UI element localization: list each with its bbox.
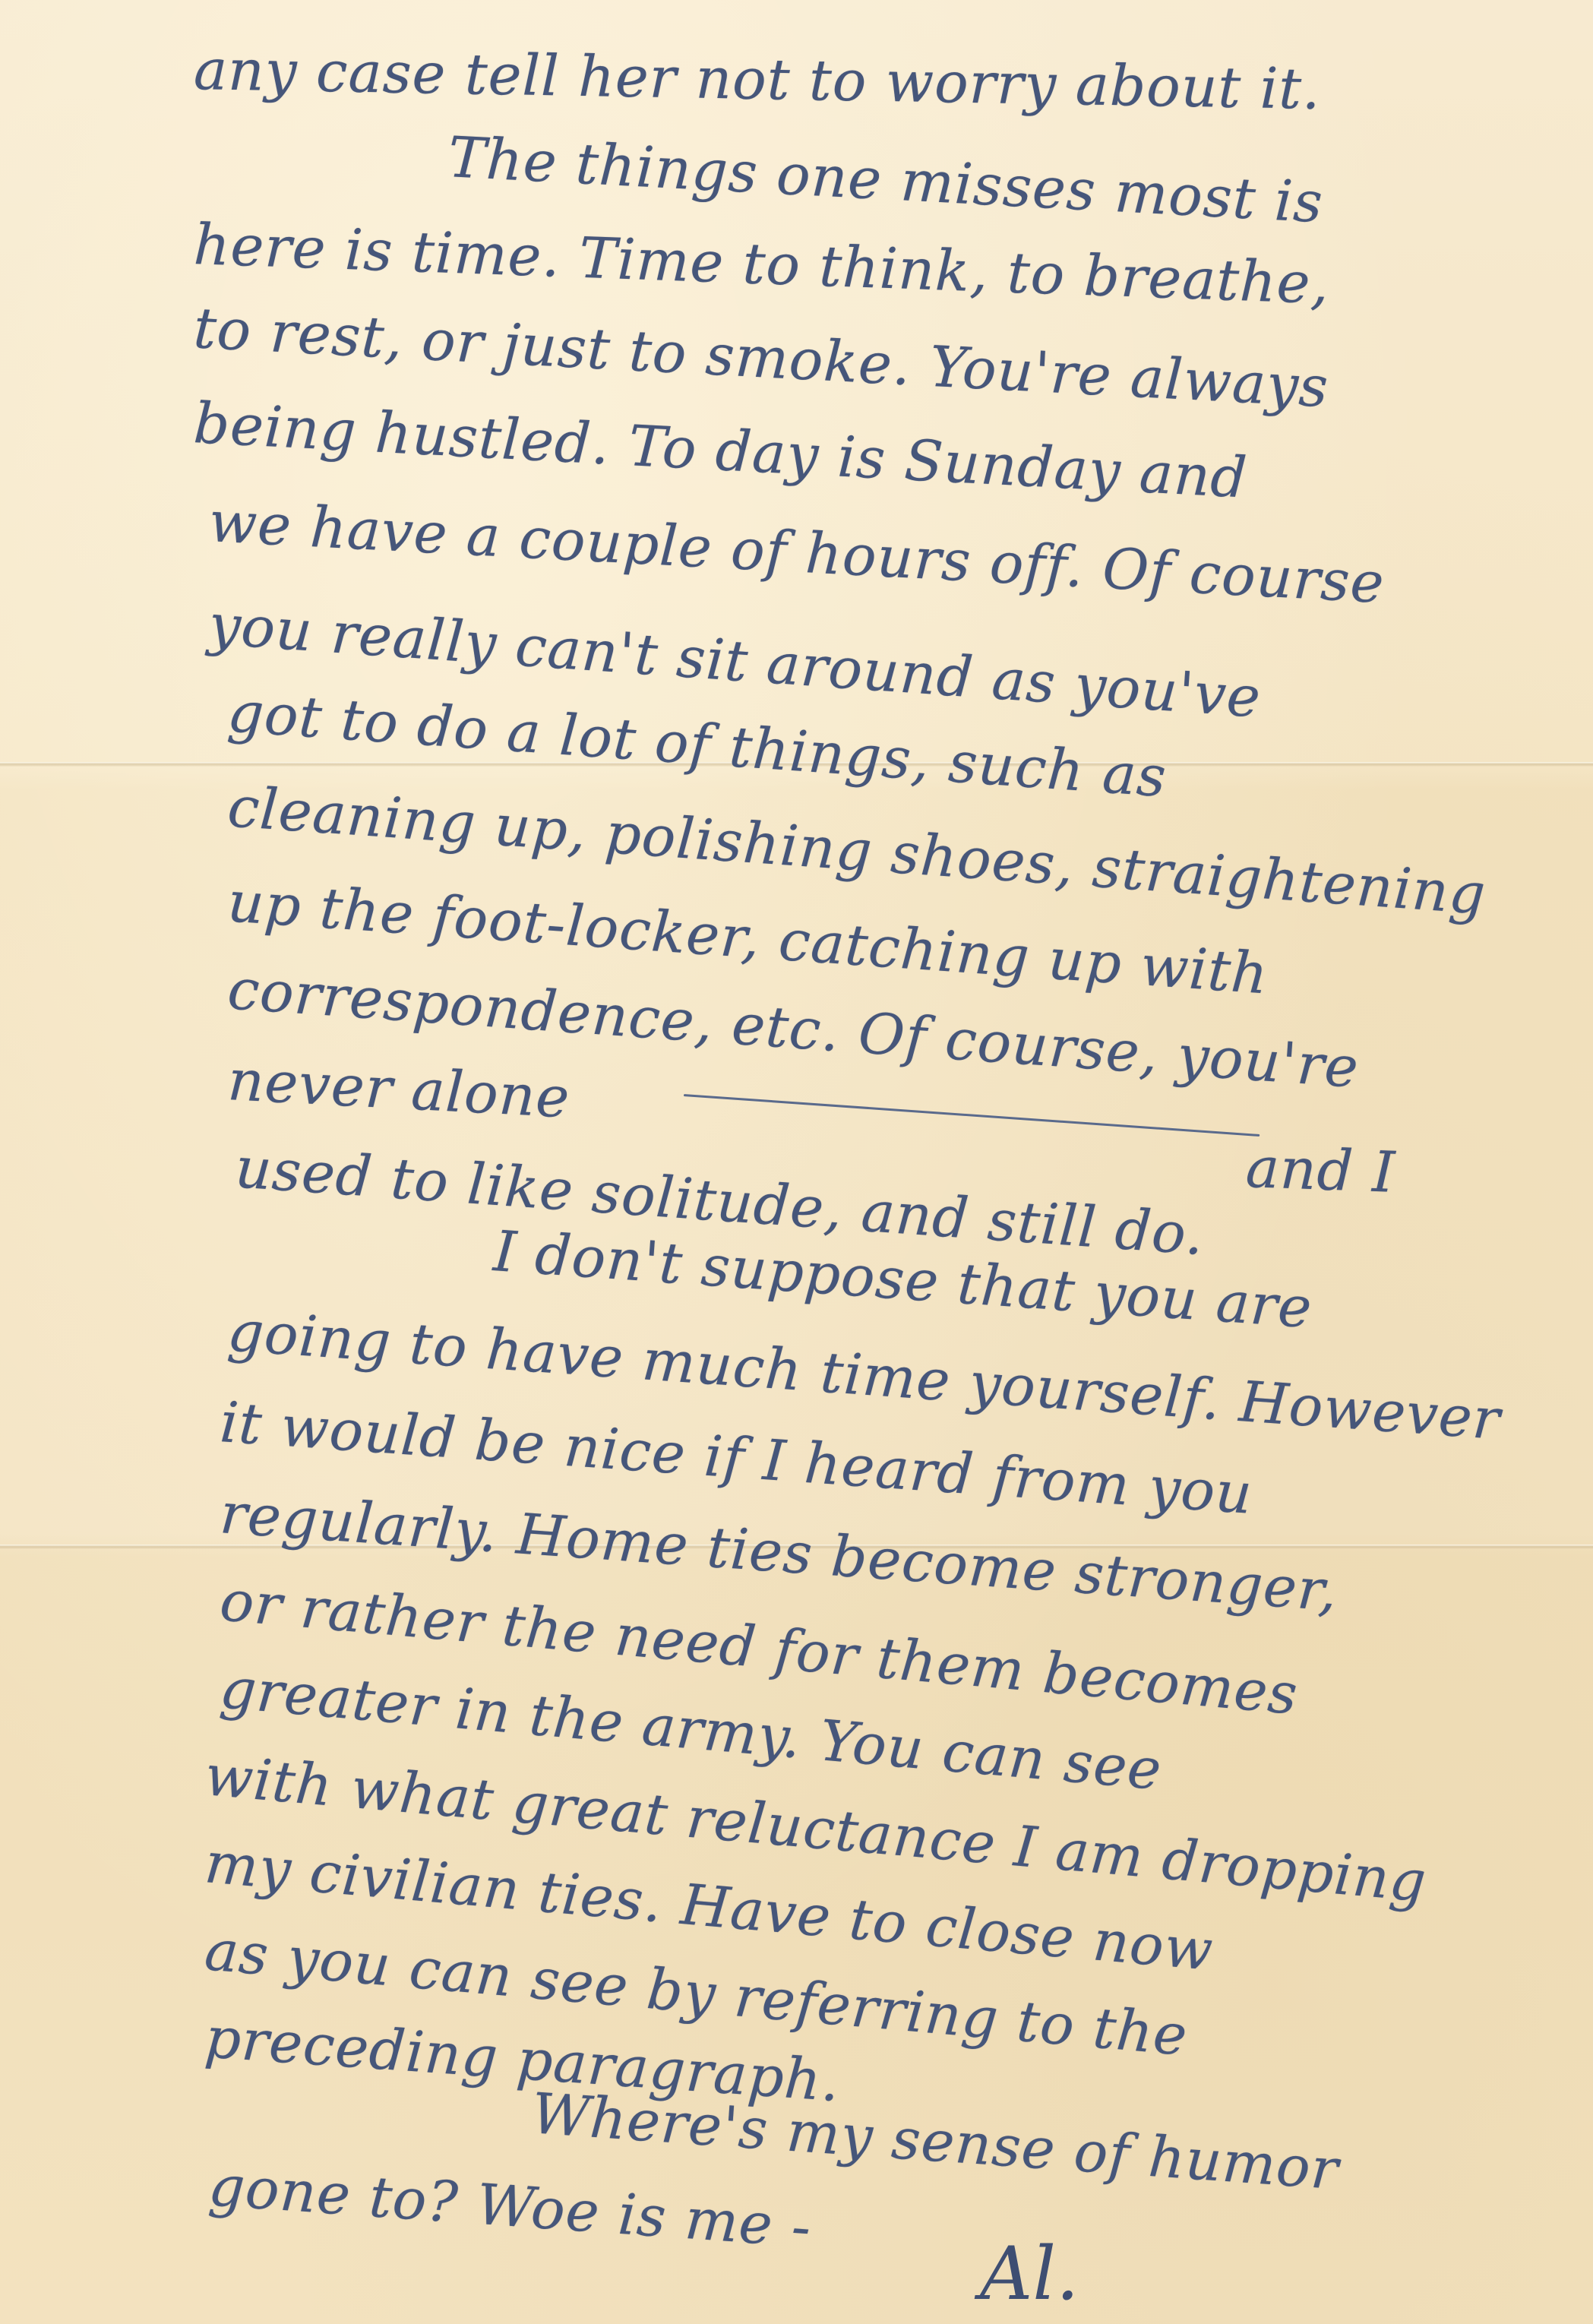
letter-line: gone to? Woe is me - <box>207 2158 813 2256</box>
letter-line: The things one misses most is <box>447 129 1324 231</box>
letter-line: here is time. Time to think, to breathe, <box>193 217 1330 312</box>
letter-line: and I <box>1245 1140 1396 1201</box>
letter-line: Where's my sense of humor <box>529 2085 1340 2198</box>
letter-line: being hustled. To day is Sunday and <box>192 395 1249 507</box>
letter-line: we have a couple of hours off. Of course <box>207 494 1386 612</box>
letter-line: never alone <box>226 1052 571 1126</box>
dash-flourish <box>684 1094 1260 1137</box>
letter-line: to rest, or just to smoke. You're always <box>192 300 1330 416</box>
letter-line: any case tell her not to worry about it. <box>193 42 1321 118</box>
letter-page: any case tell her not to worry about it.… <box>0 0 1593 2324</box>
signature: Al. <box>980 2237 1079 2310</box>
